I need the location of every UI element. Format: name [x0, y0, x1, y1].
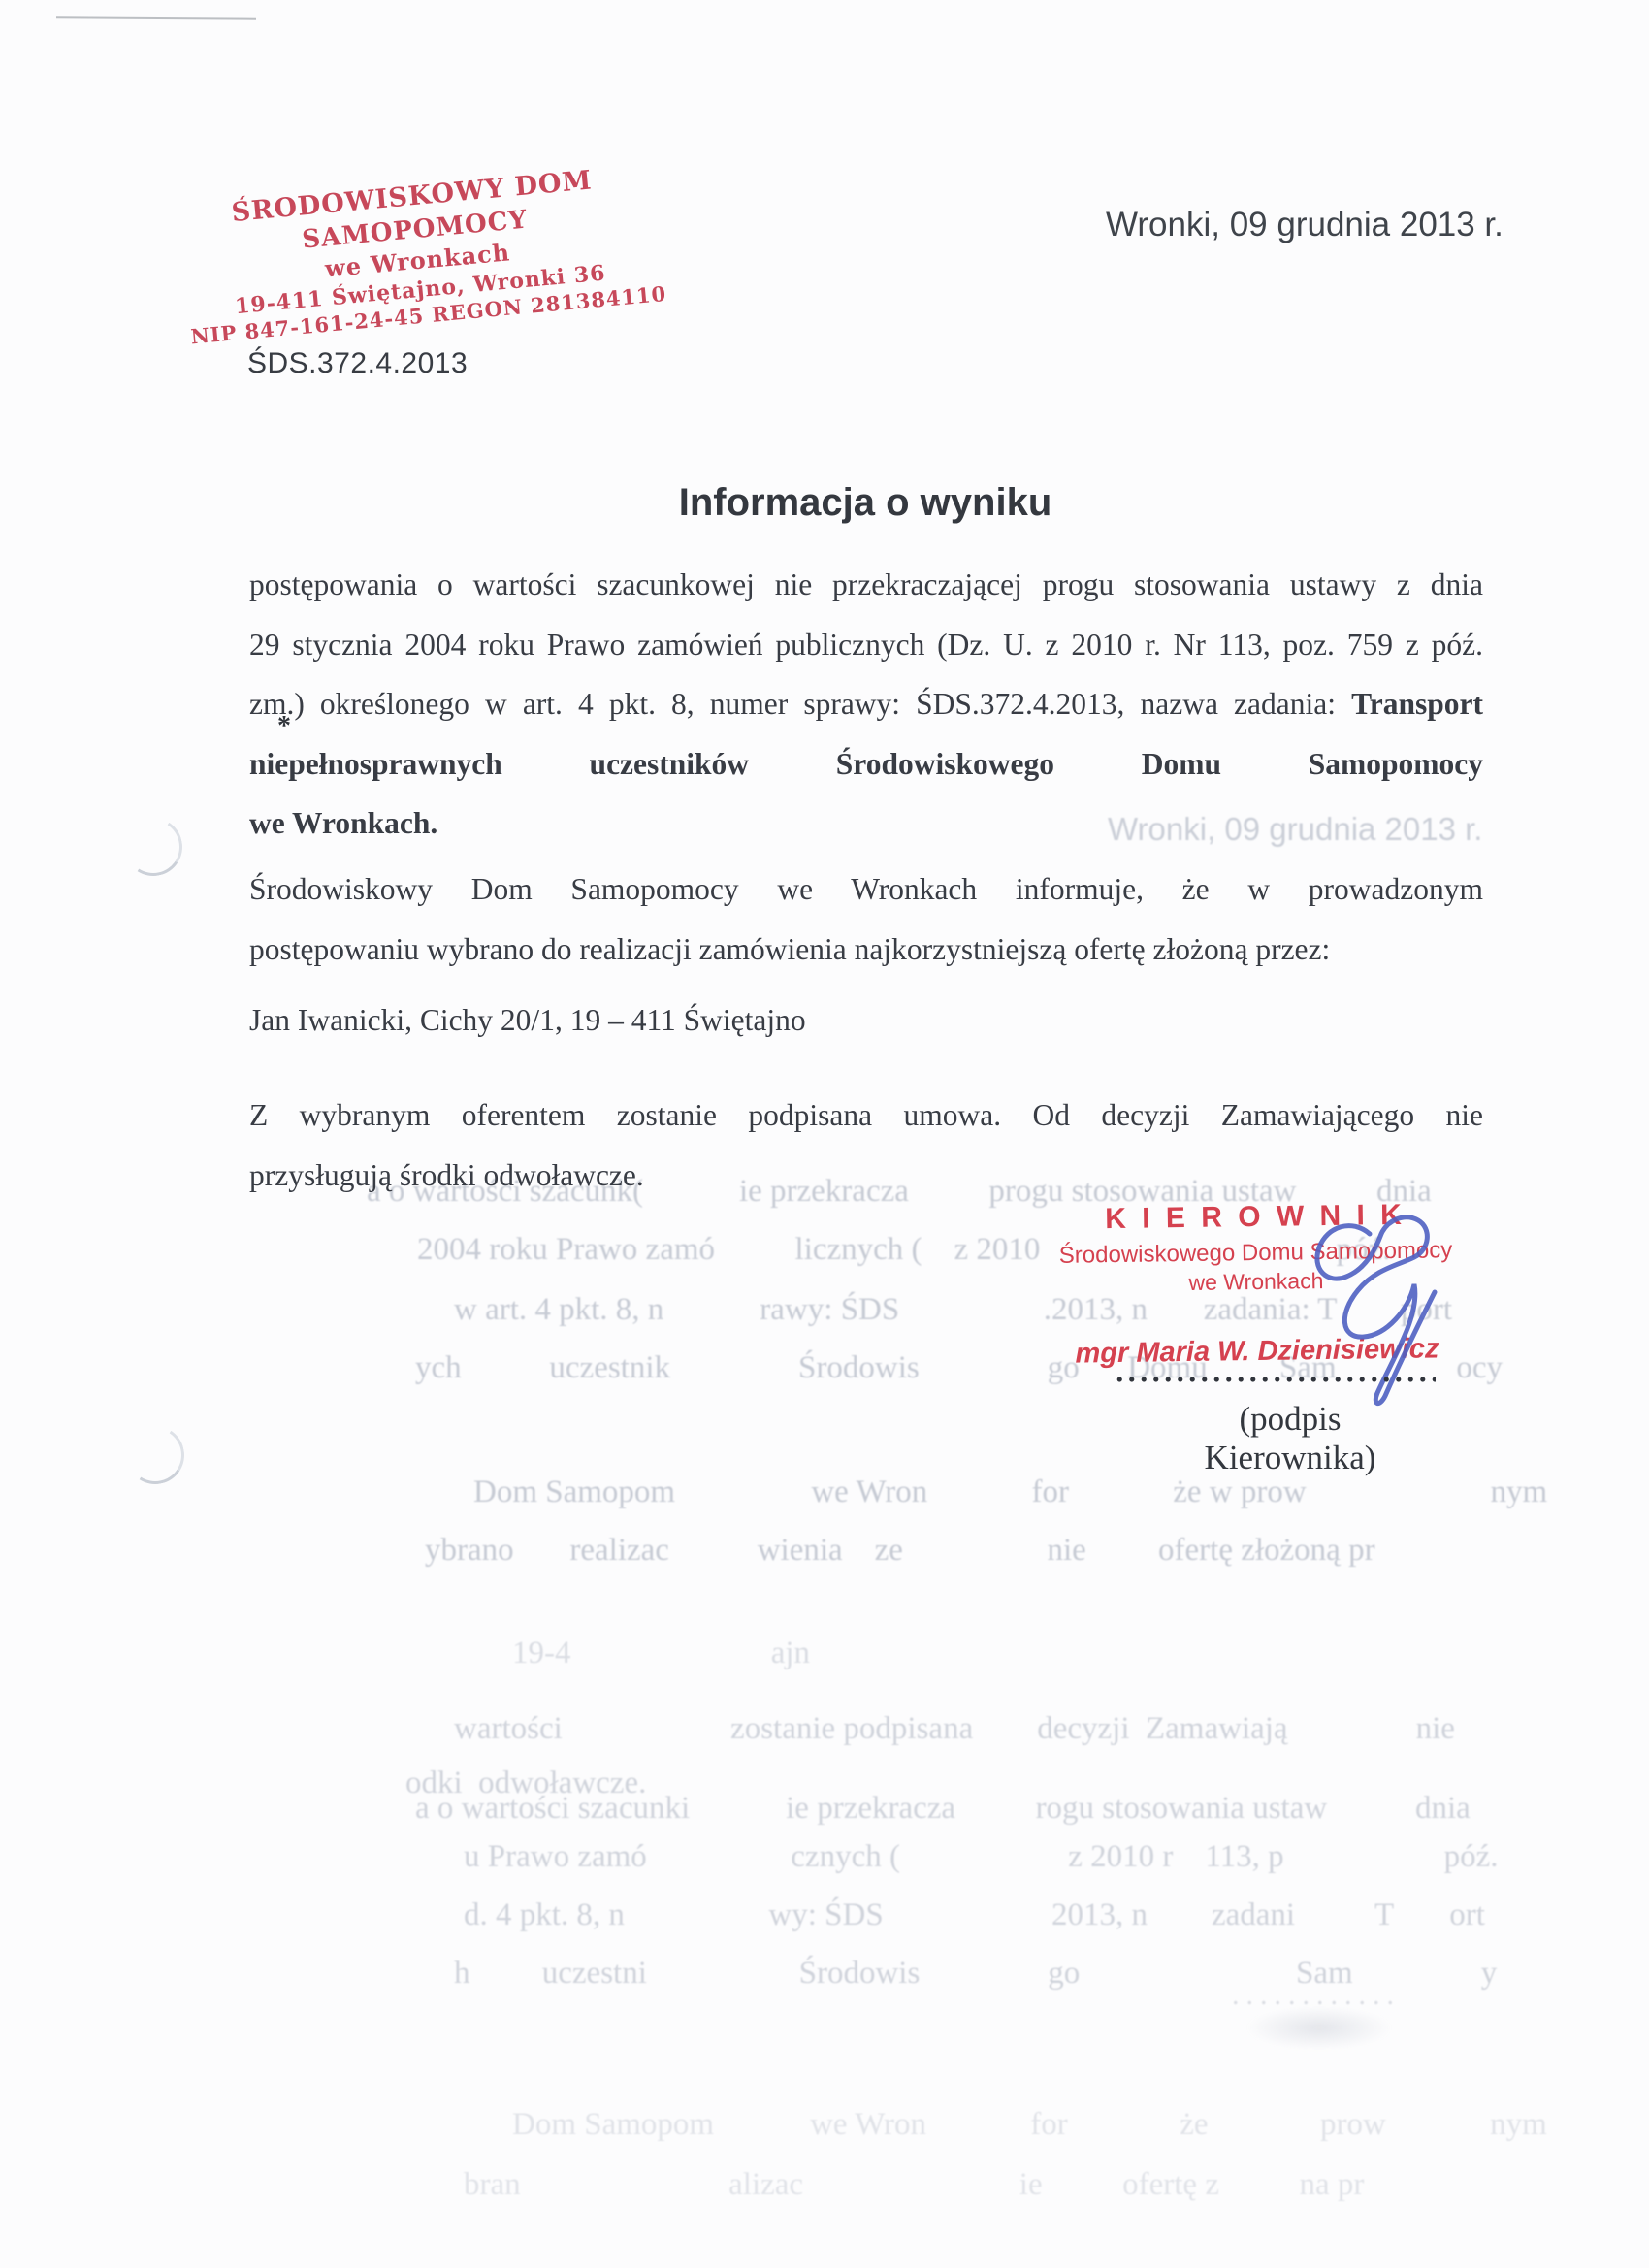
body-line: zm.) określonego w art. 4 pkt. 8, numer …	[249, 674, 1483, 734]
paragraph-announcement: Środowiskowy Dom Samopomocy we Wronkach …	[249, 859, 1483, 979]
office-stamp: ŚRODOWISKOWY DOM SAMOPOMOCY we Wronkach …	[178, 160, 656, 350]
task-name-bold: Transport	[1351, 687, 1483, 721]
signature-caption: (podpis Kierownika)	[1154, 1400, 1426, 1477]
signature-ink	[1277, 1209, 1456, 1417]
paragraph-closing: Z wybranym oferentem zostanie podpisana …	[249, 1085, 1483, 1205]
date-line: Wronki, 09 grudnia 2013 r.	[1106, 206, 1503, 244]
body-line: postępowania o wartości szacunkowej nie …	[249, 555, 1483, 615]
document-title: Informacja o wyniku	[249, 481, 1481, 525]
contractor-line: Jan Iwanicki, Cichy 20/1, 19 – 411 Święt…	[249, 1003, 1483, 1038]
signature-dotted-line	[1114, 1376, 1436, 1383]
task-name-bold: niepełnosprawnych uczestników Środowisko…	[249, 747, 1483, 781]
bleed-through-text: a o wartości szacunki ie przekracza rogu…	[415, 1791, 1471, 1827]
punch-hole-bottom	[120, 1420, 189, 1489]
body-line: we Wronkach.	[249, 794, 1483, 854]
body-line: niepełnosprawnych uczestników Środowisko…	[249, 734, 1483, 794]
bleed-through-text: bran alizac ie ofertę z na pr	[464, 2167, 1364, 2203]
bleed-through-text: wartości zostanie podpisana decyzji Zama…	[454, 1711, 1455, 1747]
scanned-letter-page: Wronki, 09 grudnia 2013 r. a o wartości …	[0, 0, 1649, 2268]
case-number: ŚDS.372.4.2013	[247, 347, 468, 380]
task-name-bold: we Wronkach.	[249, 806, 437, 840]
bleed-through-smudge	[1246, 2006, 1392, 2050]
body-line: Środowiskowy Dom Samopomocy we Wronkach …	[249, 859, 1483, 920]
bleed-through-text: ybrano realizac wienia ze nie ofertę zło…	[425, 1533, 1375, 1569]
bleed-through-text: odki odwoławcze.	[405, 1766, 646, 1801]
body-line: 29 stycznia 2004 roku Prawo zamówień pub…	[249, 615, 1483, 675]
handwritten-caret-mark: *	[277, 711, 291, 742]
paragraph-intro: postępowania o wartości szacunkowej nie …	[249, 555, 1483, 854]
scan-artifact-line	[56, 16, 256, 19]
body-line: postępowaniu wybrano do realizacji zamów…	[249, 920, 1483, 980]
body-line: Z wybranym oferentem zostanie podpisana …	[249, 1085, 1483, 1146]
bleed-through-text: Dom Samopom we Wron for że w prow nym	[473, 1474, 1547, 1510]
bleed-through-text: u Prawo zamó cznych ( z 2010 r 113, p pó…	[464, 1839, 1499, 1875]
bleed-through-text: h uczestni Środowis go Sam y	[454, 1956, 1497, 1992]
bleed-through-text: Dom Samopom we Wron for że prow nym	[512, 2107, 1547, 2143]
body-line-text: zm.) określonego w art. 4 pkt. 8, numer …	[249, 687, 1351, 721]
punch-hole-top	[118, 812, 187, 881]
body-line: przysługują środki odwoławcze.	[249, 1146, 1483, 1206]
bleed-through-text: 19-4 ajn	[512, 1636, 810, 1671]
bleed-through-text: d. 4 pkt. 8, n wy: ŚDS 2013, n zadani T …	[464, 1897, 1485, 1933]
